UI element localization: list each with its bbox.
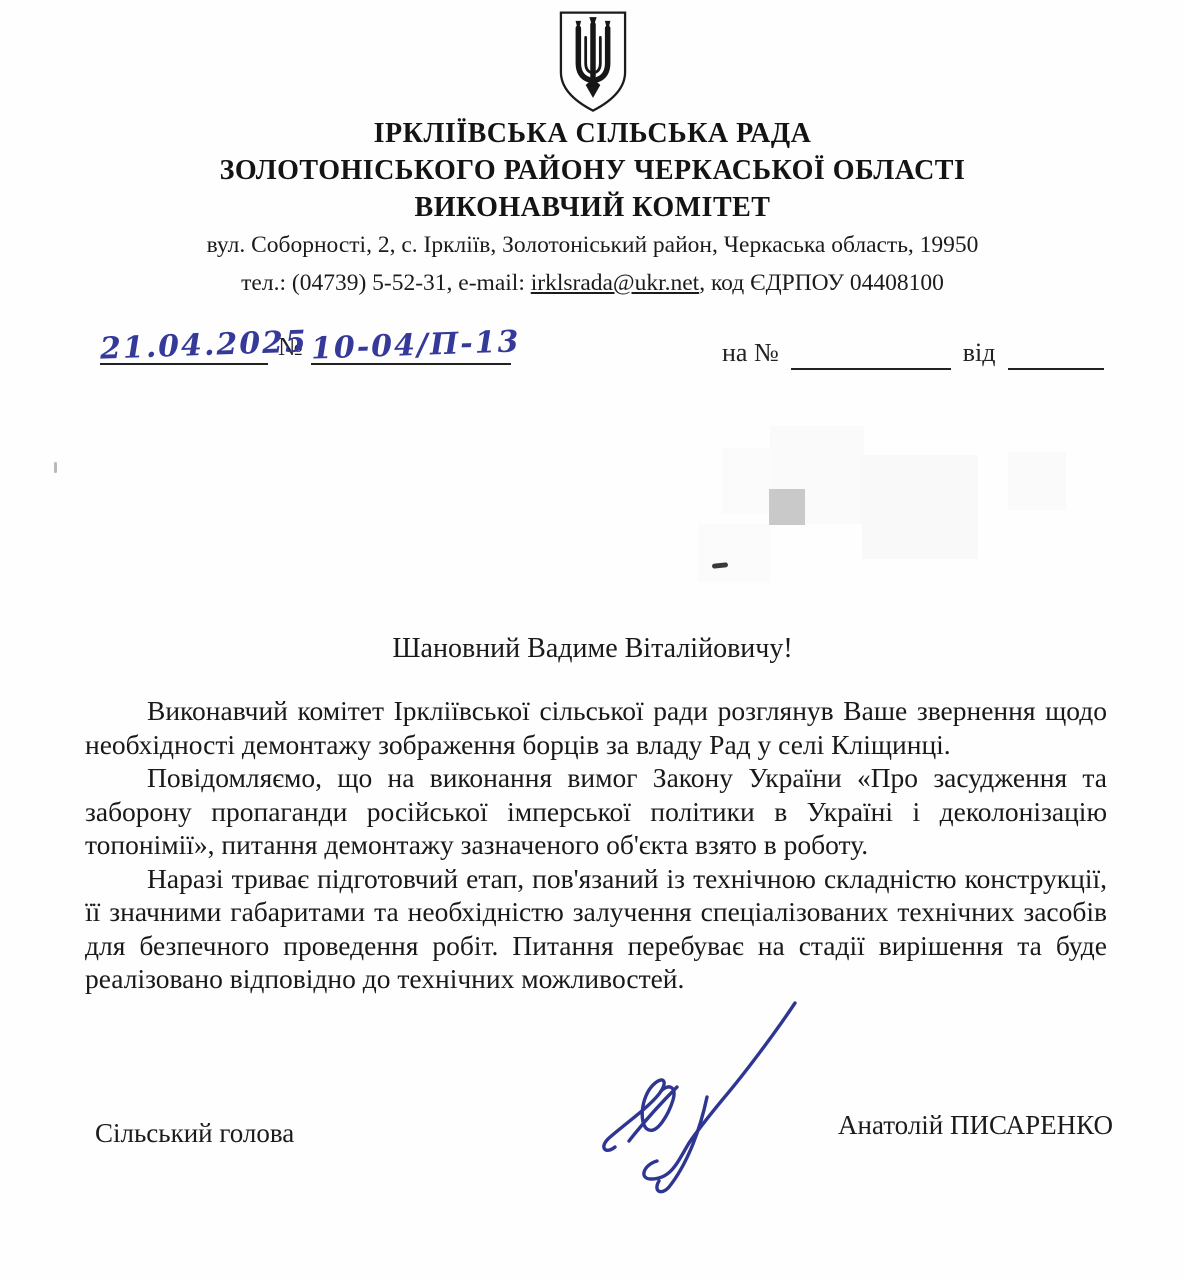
- ukraine-trident-emblem: [547, 8, 639, 123]
- redaction-block: [698, 524, 770, 582]
- number-blank: 10-04/П-13: [311, 328, 511, 365]
- redaction-block: [1008, 452, 1066, 510]
- trident-icon: [547, 8, 639, 118]
- paragraph-2: Повідомляємо, що на виконання вимог Зако…: [85, 761, 1107, 862]
- signer-name: Анатолій ПИСАРЕНКО: [838, 1110, 1113, 1141]
- handwritten-signature: [585, 995, 815, 1225]
- contacts-suffix: , код ЄДРПОУ 04408100: [699, 270, 944, 296]
- signer-position: Сільський голова: [95, 1118, 294, 1149]
- outgoing-reference: 21.04.2025№10-04/П-13: [100, 328, 511, 365]
- contacts-prefix: тел.: (04739) 5-52-31, e-mail:: [241, 270, 531, 296]
- paragraph-1: Виконавчий комітет Іркліївської сільсько…: [85, 694, 1107, 761]
- signature-icon: [585, 995, 815, 1220]
- council-name: ІРКЛІЇВСЬКА СІЛЬСЬКА РАДА: [0, 118, 1185, 150]
- contacts-line: тел.: (04739) 5-52-31, e-mail: irklsrada…: [0, 270, 1185, 297]
- email-text: irklsrada@ukr.net: [531, 270, 699, 296]
- reply-date-blank: [1008, 338, 1104, 370]
- reply-to-label: на №: [722, 338, 779, 367]
- redaction-block: [862, 455, 978, 559]
- committee-line: ВИКОНАВЧИЙ КОМІТЕТ: [0, 192, 1185, 224]
- reply-number-blank: [791, 338, 951, 370]
- paragraph-3: Наразі триває підготовчий етап, пов'язан…: [85, 862, 1107, 996]
- handwritten-date: 21.04.2025: [99, 324, 308, 366]
- handwritten-number: 10-04/П-13: [310, 324, 521, 366]
- letter-body: Виконавчий комітет Іркліївської сільсько…: [85, 694, 1107, 996]
- date-blank: 21.04.2025: [100, 328, 268, 365]
- salutation: Шановний Вадиме Віталійовичу!: [0, 633, 1185, 665]
- district-line: ЗОЛОТОНІСЬКОГО РАЙОНУ ЧЕРКАСЬКОЇ ОБЛАСТІ: [0, 155, 1185, 187]
- reply-reference: на № від: [722, 338, 1104, 370]
- address-line: вул. Соборності, 2, с. Іркліїв, Золотоні…: [0, 232, 1185, 259]
- scanned-letter-page: ІРКЛІЇВСЬКА СІЛЬСЬКА РАДА ЗОЛОТОНІСЬКОГО…: [0, 0, 1185, 1280]
- reply-from-label: від: [963, 338, 996, 367]
- scan-speck: [54, 462, 57, 473]
- redaction-gray-square: [769, 489, 805, 525]
